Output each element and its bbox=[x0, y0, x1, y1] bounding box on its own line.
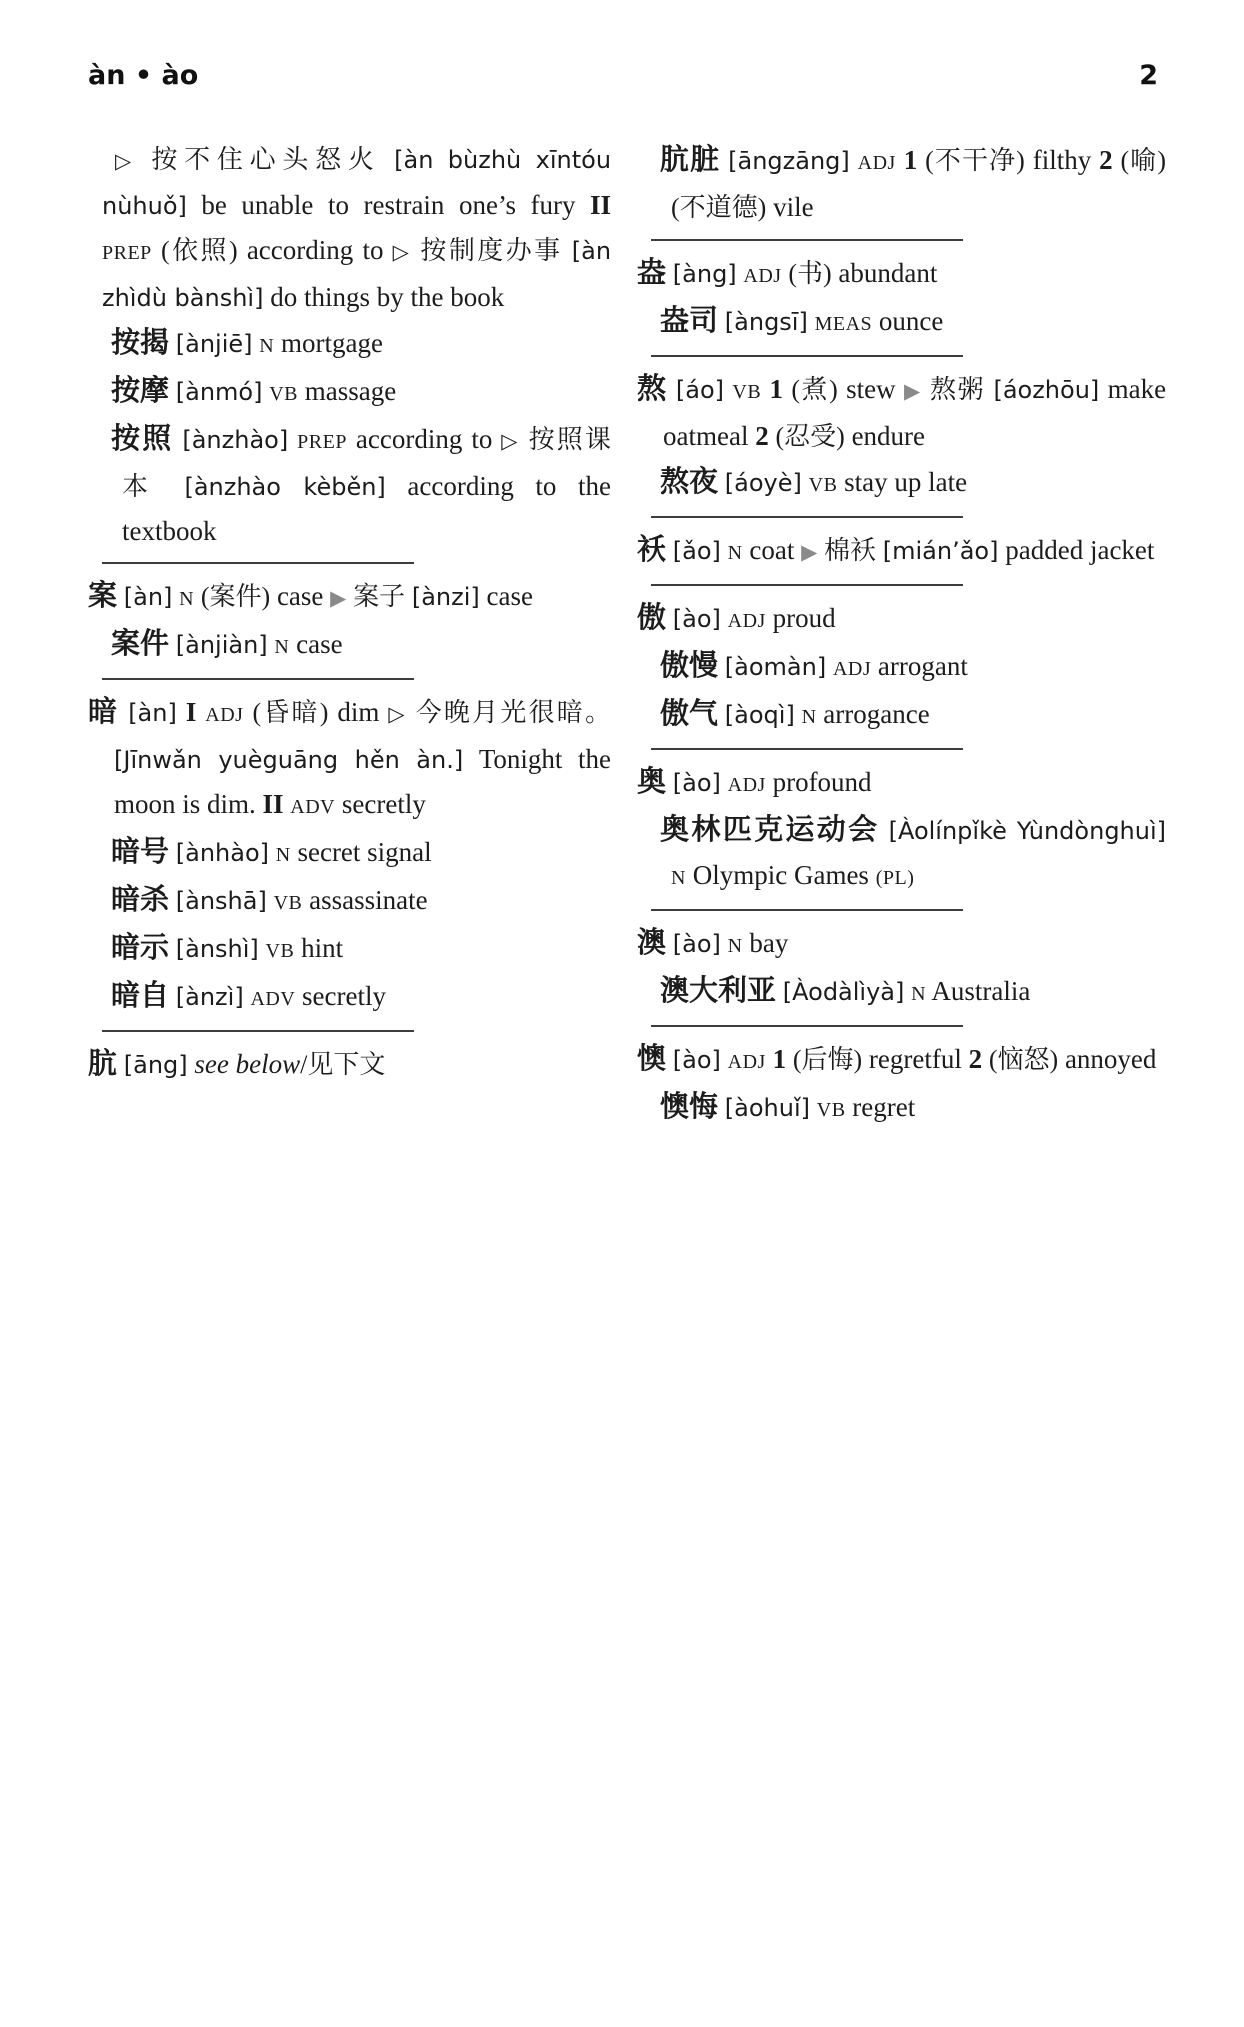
pos-label: VB bbox=[817, 1099, 846, 1121]
pinyin: [ào] bbox=[673, 605, 721, 633]
english-gloss: hint bbox=[301, 933, 343, 963]
sense-number: 1 bbox=[773, 1044, 787, 1074]
sense-number: 2 bbox=[755, 421, 769, 451]
cross-reference: see below bbox=[194, 1049, 300, 1079]
headword: 袄 bbox=[637, 532, 666, 566]
pos-label: N bbox=[671, 867, 686, 889]
dictionary-entry: ▷ 按不住心头怒火 [àn bùzhù xīntóu nùhuǒ] be una… bbox=[88, 137, 611, 320]
english-gloss: abundant bbox=[838, 258, 937, 288]
example-marker-filled-icon: ▶ bbox=[801, 540, 817, 564]
pinyin: [ànshā] bbox=[176, 887, 267, 915]
entry-divider bbox=[651, 1025, 963, 1027]
pinyin: [ànshì] bbox=[176, 935, 259, 963]
chinese-example: 今晚月光很暗。 bbox=[416, 698, 611, 727]
english-gloss: arrogant bbox=[878, 651, 968, 681]
english-gloss: secretly bbox=[342, 789, 426, 819]
pinyin: [áozhōu] bbox=[993, 376, 1099, 404]
headword: 按摩 bbox=[111, 373, 169, 407]
pos-label: VB bbox=[732, 381, 761, 403]
headword: 案件 bbox=[111, 626, 169, 660]
english-gloss: stay up late bbox=[844, 467, 967, 497]
entry-divider bbox=[651, 239, 963, 241]
dictionary-entry: 懊悔 [àohuǐ] VB regret bbox=[637, 1084, 1166, 1132]
pinyin: [ànjiē] bbox=[176, 330, 253, 358]
dictionary-entry: 傲 [ào] ADJ proud bbox=[637, 595, 1166, 643]
headword: 懊 bbox=[637, 1041, 666, 1075]
dictionary-entry: 袄 [ǎo] N coat ▶ 棉袄 [mián’ǎo] padded jack… bbox=[637, 527, 1166, 575]
headword: 暗示 bbox=[111, 930, 169, 964]
column-right: 肮脏 [āngzāng] ADJ 1 (不干净) filthy 2 (喻) (不… bbox=[637, 137, 1166, 1132]
headword: 盎 bbox=[637, 255, 666, 289]
english-gloss: according to bbox=[247, 235, 384, 265]
pos-label: ADJ bbox=[743, 265, 781, 287]
example-marker-open-icon: ▷ bbox=[393, 240, 412, 264]
dictionary-entry: 傲气 [àoqì] N arrogance bbox=[637, 691, 1166, 739]
chinese-example: 按不住心头怒火 bbox=[151, 145, 380, 174]
pinyin: [ànzì] bbox=[176, 983, 244, 1011]
entry-divider bbox=[102, 1030, 414, 1032]
english-gloss: be unable to restrain one’s fury bbox=[201, 190, 575, 220]
pos-label: ADV bbox=[290, 796, 335, 818]
chinese-gloss: (忍受) bbox=[775, 422, 844, 451]
pos-label: PREP bbox=[297, 431, 347, 453]
english-gloss: case bbox=[296, 629, 342, 659]
headword: 肮 bbox=[88, 1046, 117, 1080]
pinyin: [Àolínpǐkè Yùndònghuì] bbox=[889, 817, 1166, 845]
pinyin: [ànhào] bbox=[176, 839, 269, 867]
chinese-example: 棉袄 bbox=[824, 536, 876, 565]
sense-number: 1 bbox=[770, 374, 784, 404]
english-gloss: mortgage bbox=[281, 328, 383, 358]
dictionary-entry: 按揭 [ànjiē] N mortgage bbox=[88, 320, 611, 368]
pinyin: [àohuǐ] bbox=[725, 1094, 810, 1122]
pinyin: [Àodàlìyà] bbox=[783, 978, 905, 1006]
dictionary-entry: 肮脏 [āngzāng] ADJ 1 (不干净) filthy 2 (喻) (不… bbox=[637, 137, 1166, 230]
pinyin: [ànzhào kèběn] bbox=[184, 473, 385, 501]
english-gloss: stew bbox=[846, 374, 896, 404]
headword: 暗自 bbox=[111, 978, 169, 1012]
english-gloss: arrogance bbox=[823, 699, 929, 729]
english-gloss: regretful bbox=[869, 1044, 962, 1074]
dictionary-entry: 肮 [āng] see below/见下文 bbox=[88, 1041, 611, 1087]
pinyin: [āng] bbox=[124, 1051, 188, 1079]
english-gloss: padded jacket bbox=[1005, 535, 1154, 565]
pos-label: N bbox=[276, 844, 291, 866]
pos-label: ADJ bbox=[205, 704, 243, 726]
dictionary-entry: 暗自 [ànzì] ADV secretly bbox=[88, 973, 611, 1021]
headword: 案 bbox=[88, 578, 117, 612]
pos-label: N bbox=[911, 983, 926, 1005]
pos-label: (PL) bbox=[876, 867, 915, 889]
english-gloss: proud bbox=[773, 603, 836, 633]
pos-label: N bbox=[274, 636, 289, 658]
headword: 按揭 bbox=[111, 325, 169, 359]
pos-label: N bbox=[259, 335, 274, 357]
sense-number: 2 bbox=[969, 1044, 983, 1074]
headword: 肮脏 bbox=[660, 142, 720, 176]
chinese-gloss: (案件) bbox=[201, 582, 270, 611]
english-gloss: filthy bbox=[1033, 145, 1092, 175]
pos-label: N bbox=[179, 588, 194, 610]
example-marker-open-icon: ▷ bbox=[388, 702, 406, 726]
pinyin: [áoyè] bbox=[725, 469, 802, 497]
pinyin: [ànmó] bbox=[176, 378, 263, 406]
chinese-gloss: (依照) bbox=[161, 236, 238, 265]
page-number: 2 bbox=[1139, 60, 1158, 91]
dictionary-entry: 暗号 [ànhào] N secret signal bbox=[88, 829, 611, 877]
chinese-gloss: (恼怒) bbox=[989, 1045, 1058, 1074]
headword: 熬 bbox=[637, 371, 668, 405]
chinese-gloss: (不干净) bbox=[925, 146, 1025, 175]
headword: 暗 bbox=[88, 694, 119, 728]
pinyin: [àn] bbox=[128, 699, 177, 727]
english-gloss: profound bbox=[773, 767, 872, 797]
entry-divider bbox=[651, 909, 963, 911]
headword: 奥林匹克运动会 bbox=[660, 812, 879, 846]
pos-label: ADJ bbox=[728, 610, 766, 632]
english-gloss: according to bbox=[356, 424, 492, 454]
english-gloss: massage bbox=[305, 376, 396, 406]
dictionary-entry: 案件 [ànjiàn] N case bbox=[88, 621, 611, 669]
chinese-gloss: (不道德) bbox=[671, 193, 766, 222]
english-gloss: case bbox=[487, 581, 533, 611]
sense-number: II bbox=[263, 789, 284, 819]
dictionary-entry: 熬夜 [áoyè] VB stay up late bbox=[637, 459, 1166, 507]
pinyin: [ào] bbox=[673, 930, 721, 958]
dictionary-entry: 澳 [ào] N bay bbox=[637, 920, 1166, 968]
pinyin: [ào] bbox=[673, 1046, 721, 1074]
dictionary-entry: 暗示 [ànshì] VB hint bbox=[88, 925, 611, 973]
headword: 澳 bbox=[637, 925, 666, 959]
english-gloss: vile bbox=[773, 192, 814, 222]
headword: 傲气 bbox=[660, 696, 718, 730]
english-gloss: regret bbox=[852, 1092, 915, 1122]
pinyin: [àng] bbox=[673, 260, 737, 288]
dictionary-entry: 盎 [àng] ADJ (书) abundant bbox=[637, 250, 1166, 298]
english-gloss: dim bbox=[337, 697, 379, 727]
column-left: ▷ 按不住心头怒火 [àn bùzhù xīntóu nùhuǒ] be una… bbox=[88, 137, 611, 1132]
pos-label: N bbox=[728, 542, 743, 564]
headword: 盎司 bbox=[660, 303, 718, 337]
chinese-example: 熬粥 bbox=[930, 375, 985, 404]
dictionary-entry: 澳大利亚 [Àodàlìyà] N Australia bbox=[637, 968, 1166, 1016]
pos-label: ADJ bbox=[728, 774, 766, 796]
dictionary-entry: 按摩 [ànmó] VB massage bbox=[88, 368, 611, 416]
example-marker-filled-icon: ▶ bbox=[330, 586, 346, 610]
dictionary-entry: 傲慢 [àomàn] ADJ arrogant bbox=[637, 643, 1166, 691]
sense-number: I bbox=[186, 697, 197, 727]
pinyin: [àngsī] bbox=[725, 308, 808, 336]
pinyin: [ànzhào] bbox=[182, 426, 288, 454]
pinyin: [ànzi] bbox=[412, 583, 480, 611]
dictionary-content: ▷ 按不住心头怒火 [àn bùzhù xīntóu nùhuǒ] be una… bbox=[0, 91, 1244, 1132]
entry-divider bbox=[102, 678, 414, 680]
english-gloss: assassinate bbox=[309, 885, 427, 915]
english-gloss: secret signal bbox=[297, 837, 431, 867]
pinyin: [Jīnwǎn yuèguāng hěn àn.] bbox=[114, 746, 463, 774]
guide-words: àn • ào bbox=[88, 60, 198, 91]
entry-divider bbox=[651, 355, 963, 357]
dictionary-entry: 奥 [ào] ADJ profound bbox=[637, 759, 1166, 807]
pos-label: ADJ bbox=[833, 658, 871, 680]
entry-divider bbox=[651, 584, 963, 586]
english-gloss: bay bbox=[749, 928, 788, 958]
dictionary-entry: 懊 [ào] ADJ 1 (后悔) regretful 2 (恼怒) annoy… bbox=[637, 1036, 1166, 1084]
pinyin: [àn] bbox=[124, 583, 173, 611]
headword: 澳大利亚 bbox=[660, 973, 776, 1007]
headword: 傲 bbox=[637, 600, 666, 634]
example-marker-filled-icon: ▶ bbox=[904, 379, 922, 403]
sense-number: 1 bbox=[904, 145, 918, 175]
english-gloss: ounce bbox=[879, 306, 943, 336]
chinese-example: 案子 bbox=[353, 582, 405, 611]
sense-number: II bbox=[590, 190, 611, 220]
page-header: àn • ào 2 bbox=[0, 0, 1244, 91]
headword: 按照 bbox=[111, 421, 173, 455]
headword: 暗杀 bbox=[111, 882, 169, 916]
pos-label: ADV bbox=[250, 988, 295, 1010]
pos-label: VB bbox=[266, 940, 295, 962]
pinyin: [ànjiàn] bbox=[176, 631, 268, 659]
english-gloss: Olympic Games bbox=[693, 860, 869, 890]
english-gloss: endure bbox=[852, 421, 925, 451]
example-marker-open-icon: ▷ bbox=[115, 149, 138, 173]
sense-number: 2 bbox=[1099, 145, 1113, 175]
dictionary-entry: 熬 [áo] VB 1 (煮) stew ▶ 熬粥 [áozhōu] make … bbox=[637, 366, 1166, 459]
pinyin: [ǎo] bbox=[673, 537, 721, 565]
dictionary-entry: 按照 [ànzhào] PREP according to ▷ 按照课本 [àn… bbox=[88, 416, 611, 553]
dictionary-entry: 暗 [àn] I ADJ (昏暗) dim ▷ 今晚月光很暗。 [Jīnwǎn … bbox=[88, 689, 611, 829]
chinese-gloss: (昏暗) bbox=[252, 698, 328, 727]
english-gloss: secretly bbox=[302, 981, 386, 1011]
pinyin: [áo] bbox=[676, 376, 724, 404]
chinese-example: 按制度办事 bbox=[420, 236, 562, 265]
pinyin: [ào] bbox=[673, 769, 721, 797]
headword: 暗号 bbox=[111, 834, 169, 868]
chinese-example: /见下文 bbox=[300, 1050, 385, 1079]
pos-label: PREP bbox=[102, 242, 152, 264]
headword: 懊悔 bbox=[660, 1089, 718, 1123]
chinese-gloss: (书) bbox=[788, 259, 831, 288]
english-gloss: coat bbox=[749, 535, 794, 565]
pos-label: VB bbox=[809, 474, 838, 496]
pos-label: VB bbox=[269, 383, 298, 405]
pinyin: [àoqì] bbox=[725, 701, 795, 729]
pos-label: VB bbox=[274, 892, 303, 914]
headword: 奥 bbox=[637, 764, 666, 798]
pinyin: [àomàn] bbox=[725, 653, 826, 681]
entry-divider bbox=[102, 562, 414, 564]
chinese-gloss: (喻) bbox=[1120, 146, 1166, 175]
english-gloss: annoyed bbox=[1065, 1044, 1156, 1074]
english-gloss: Australia bbox=[931, 976, 1030, 1006]
pos-label: N bbox=[802, 706, 817, 728]
pinyin: [āngzāng] bbox=[728, 147, 850, 175]
headword: 傲慢 bbox=[660, 648, 718, 682]
pinyin: [mián’ǎo] bbox=[883, 537, 999, 565]
pos-label: ADJ bbox=[728, 1051, 766, 1073]
pos-label: N bbox=[728, 935, 743, 957]
entry-divider bbox=[651, 748, 963, 750]
pos-label: ADJ bbox=[858, 152, 896, 174]
english-gloss: case bbox=[277, 581, 323, 611]
dictionary-entry: 奥林匹克运动会 [Àolínpǐkè Yùndònghuì] N Olympic… bbox=[637, 807, 1166, 900]
pos-label: MEAS bbox=[815, 313, 873, 335]
chinese-gloss: (煮) bbox=[791, 375, 837, 404]
chinese-gloss: (后悔) bbox=[793, 1045, 862, 1074]
english-gloss: do things by the book bbox=[270, 282, 504, 312]
dictionary-entry: 案 [àn] N (案件) case ▶ 案子 [ànzi] case bbox=[88, 573, 611, 621]
headword: 熬夜 bbox=[660, 464, 718, 498]
example-marker-open-icon: ▷ bbox=[501, 429, 519, 453]
dictionary-entry: 盎司 [àngsī] MEAS ounce bbox=[637, 298, 1166, 346]
entry-divider bbox=[651, 516, 963, 518]
dictionary-entry: 暗杀 [ànshā] VB assassinate bbox=[88, 877, 611, 925]
